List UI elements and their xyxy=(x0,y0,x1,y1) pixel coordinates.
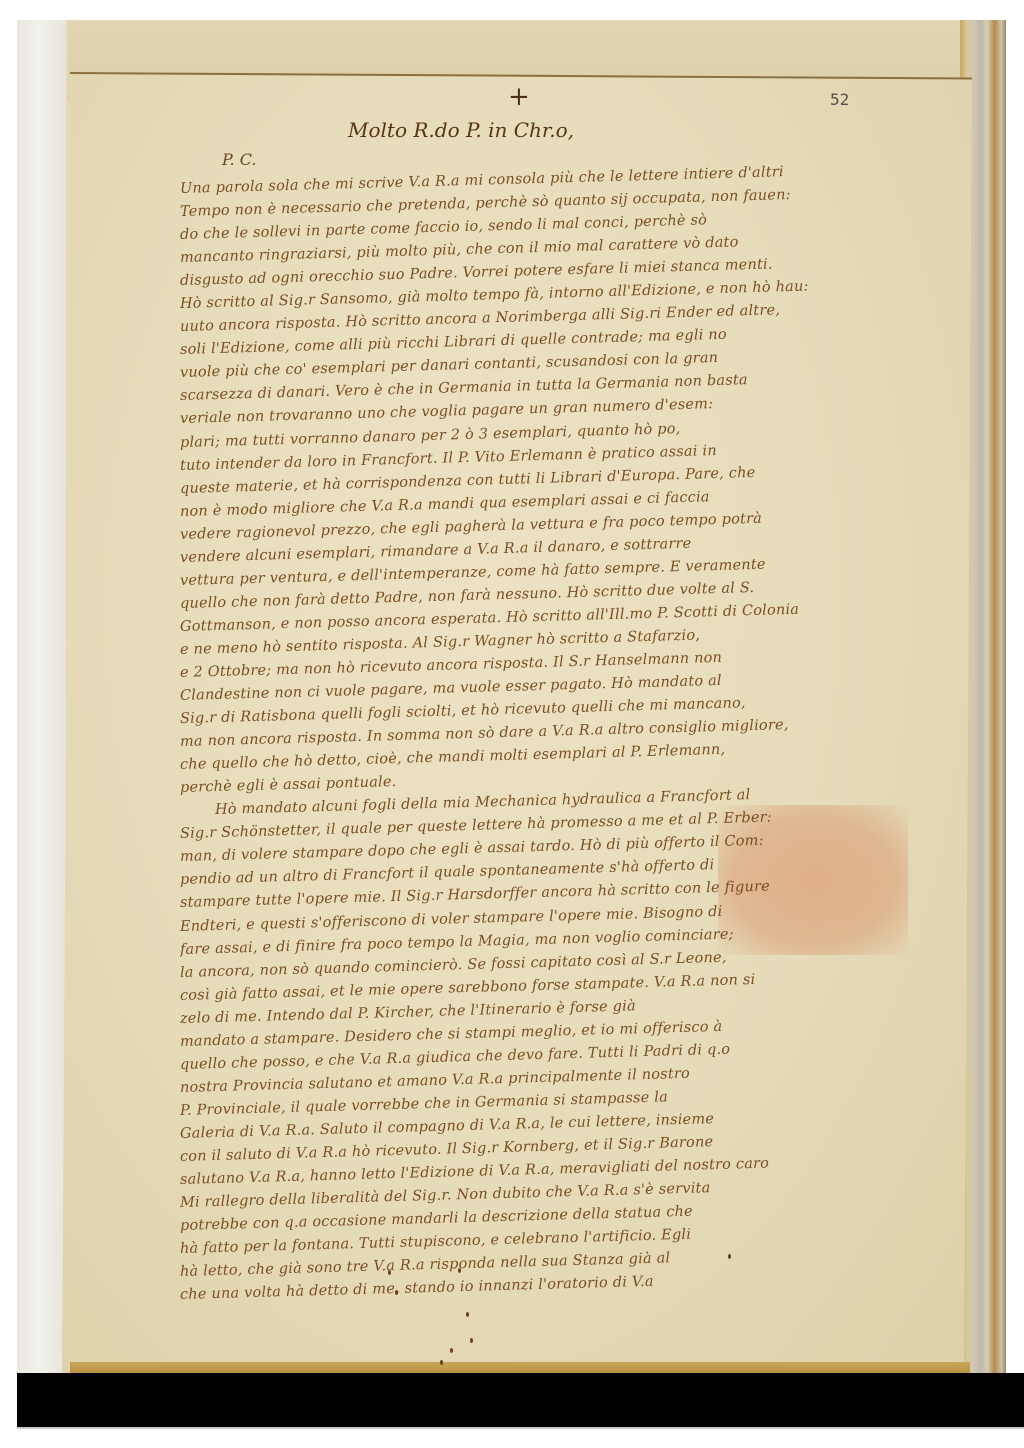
ink-spot xyxy=(470,1338,473,1343)
ink-spot xyxy=(388,1270,391,1275)
ink-spot xyxy=(466,1312,469,1317)
ink-spot xyxy=(458,1268,461,1273)
cross-mark: + xyxy=(508,82,530,112)
letter-body: Una parola sola che mi scrive V.a R.a mi… xyxy=(180,178,960,1307)
scan-bottom-border xyxy=(17,1427,1024,1429)
salutation: Molto R.do P. in Chr.o, xyxy=(348,118,574,142)
ink-spot xyxy=(440,1360,443,1365)
ink-spot xyxy=(395,1290,398,1295)
ink-spot xyxy=(450,1348,453,1353)
opening-mark: P. C. xyxy=(222,150,256,169)
ink-spot xyxy=(728,1254,731,1259)
folio-number: 52 xyxy=(830,90,849,109)
scan-black-background xyxy=(17,1373,1024,1427)
tissue-interleaf xyxy=(17,20,69,1380)
